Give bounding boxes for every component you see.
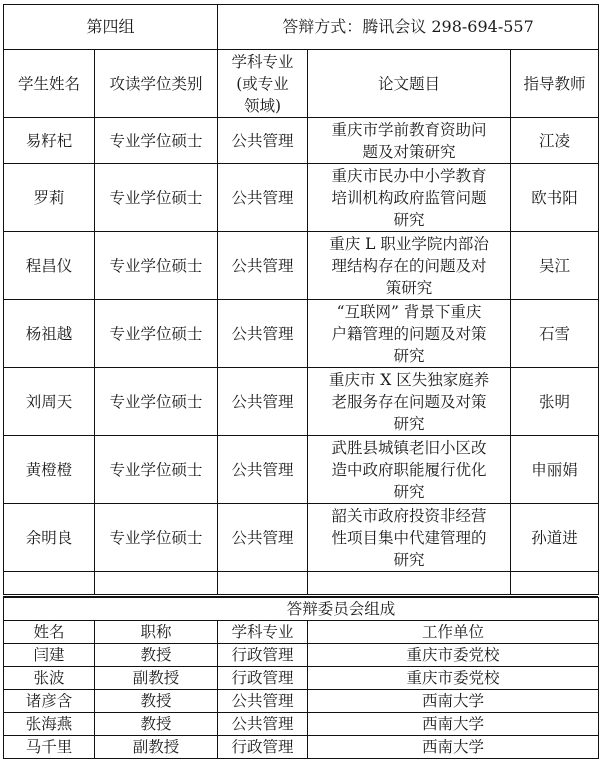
member-name: 马千里 xyxy=(4,736,95,759)
student-degree: 专业学位硕士 xyxy=(95,436,218,504)
committee-title: 答辩委员会组成 xyxy=(4,598,599,621)
student-row: 黄橙橙 专业学位硕士 公共管理 武胜县城镇老旧小区改 造中政府职能履行优化 研究… xyxy=(4,436,599,504)
member-rank: 副教授 xyxy=(95,736,218,759)
blank-cell xyxy=(95,572,218,595)
committee-header-row: 姓名 职称 学科专业 工作单位 xyxy=(4,621,599,644)
member-major: 行政管理 xyxy=(218,736,308,759)
committee-header-name: 姓名 xyxy=(4,621,95,644)
student-degree: 专业学位硕士 xyxy=(95,118,218,164)
member-unit: 重庆市委党校 xyxy=(308,644,599,667)
student-degree: 专业学位硕士 xyxy=(95,504,218,572)
blank-cell xyxy=(511,572,599,595)
thesis-title-line: 武胜县城镇老旧小区改 xyxy=(320,437,498,459)
thesis-title-line: 老服务存在问题及对策 xyxy=(320,391,498,413)
student-degree: 专业学位硕士 xyxy=(95,232,218,300)
student-name: 刘周天 xyxy=(4,368,95,436)
member-unit: 西南大学 xyxy=(308,713,599,736)
thesis-title-line: 重庆市民办中小学教育 xyxy=(320,165,498,187)
thesis-title-line: 研究 xyxy=(320,549,498,571)
thesis-title-line: 理结构存在的问题及对 xyxy=(320,255,498,277)
member-major: 行政管理 xyxy=(218,644,308,667)
blank-cell xyxy=(218,572,308,595)
committee-header-rank: 职称 xyxy=(95,621,218,644)
defense-schedule-table: 第四组 答辩方式：腾讯会议 298-694-557 学生姓名 攻读学位类别 学科… xyxy=(3,4,599,595)
thesis-title: 重庆市学前教育资助问 题及对策研究 xyxy=(308,118,511,164)
member-name: 张波 xyxy=(4,667,95,690)
thesis-title-line: 性项目集中代建管理的 xyxy=(320,527,498,549)
committee-table: 答辩委员会组成 姓名 职称 学科专业 工作单位 闫建 教授 行政管理 重庆市委党… xyxy=(3,597,599,759)
committee-title-text: 答辩委员会组成 xyxy=(287,600,396,618)
member-unit: 西南大学 xyxy=(308,690,599,713)
header-student-name: 学生姓名 xyxy=(4,50,95,118)
committee-member-row: 马千里 副教授 行政管理 西南大学 xyxy=(4,736,599,759)
committee-member-row: 诸彦含 教授 公共管理 西南大学 xyxy=(4,690,599,713)
member-name: 诸彦含 xyxy=(4,690,95,713)
thesis-title-line: 研究 xyxy=(320,209,498,231)
thesis-title: 重庆市 X 区失独家庭养 老服务存在问题及对策 研究 xyxy=(308,368,511,436)
student-row: 刘周天 专业学位硕士 公共管理 重庆市 X 区失独家庭养 老服务存在问题及对策 … xyxy=(4,368,599,436)
committee-member-row: 闫建 教授 行政管理 重庆市委党校 xyxy=(4,644,599,667)
student-row: 杨祖越 专业学位硕士 公共管理 “互联网” 背景下重庆 户籍管理的问题及对策 研… xyxy=(4,300,599,368)
student-advisor: 石雪 xyxy=(511,300,599,368)
header-degree-type: 攻读学位类别 xyxy=(95,50,218,118)
thesis-title-line: 重庆市 X 区失独家庭养 xyxy=(320,369,498,391)
blank-cell xyxy=(308,572,511,595)
thesis-title: 重庆市民办中小学教育 培训机构政府监管问题 研究 xyxy=(308,164,511,232)
member-name: 张海燕 xyxy=(4,713,95,736)
header-major: 学科专业 (或专业 领域) xyxy=(218,50,308,118)
thesis-title-line: 题及对策研究 xyxy=(320,141,498,163)
thesis-title-line: 户籍管理的问题及对策 xyxy=(320,323,498,345)
member-rank: 教授 xyxy=(95,690,218,713)
header-major-line2: (或专业 xyxy=(218,73,307,95)
committee-member-row: 张海燕 教授 公共管理 西南大学 xyxy=(4,713,599,736)
thesis-title-line: 韶关市政府投资非经营 xyxy=(320,505,498,527)
student-advisor: 孙道进 xyxy=(511,504,599,572)
thesis-title-line: “互联网” 背景下重庆 xyxy=(320,301,498,323)
member-unit: 重庆市委党校 xyxy=(308,667,599,690)
student-degree: 专业学位硕士 xyxy=(95,300,218,368)
thesis-title-line: 重庆 L 职业学院内部治 xyxy=(320,233,498,255)
member-unit: 西南大学 xyxy=(308,736,599,759)
group-title-row: 第四组 答辩方式：腾讯会议 298-694-557 xyxy=(4,5,599,50)
thesis-title-line: 造中政府职能履行优化 xyxy=(320,459,498,481)
thesis-title-line: 培训机构政府监管问题 xyxy=(320,187,498,209)
header-major-line1: 学科专业 xyxy=(218,51,307,73)
student-major: 公共管理 xyxy=(218,368,308,436)
student-name: 罗莉 xyxy=(4,164,95,232)
member-major: 公共管理 xyxy=(218,690,308,713)
student-major: 公共管理 xyxy=(218,232,308,300)
student-degree: 专业学位硕士 xyxy=(95,368,218,436)
student-advisor: 申丽娟 xyxy=(511,436,599,504)
student-name: 易籽杞 xyxy=(4,118,95,164)
committee-header-major: 学科专业 xyxy=(218,621,308,644)
column-header-row: 学生姓名 攻读学位类别 学科专业 (或专业 领域) 论文题目 指导教师 xyxy=(4,50,599,118)
committee-member-row: 张波 副教授 行政管理 重庆市委党校 xyxy=(4,667,599,690)
thesis-title-line: 研究 xyxy=(320,481,498,503)
member-major: 公共管理 xyxy=(218,713,308,736)
member-rank: 副教授 xyxy=(95,667,218,690)
student-major: 公共管理 xyxy=(218,436,308,504)
blank-row xyxy=(4,572,599,595)
member-rank: 教授 xyxy=(95,644,218,667)
thesis-title-line: 策研究 xyxy=(320,277,498,299)
student-advisor: 吴江 xyxy=(511,232,599,300)
student-name: 黄橙橙 xyxy=(4,436,95,504)
thesis-title-line: 重庆市学前教育资助问 xyxy=(320,119,498,141)
thesis-title: 韶关市政府投资非经营 性项目集中代建管理的 研究 xyxy=(308,504,511,572)
thesis-title: “互联网” 背景下重庆 户籍管理的问题及对策 研究 xyxy=(308,300,511,368)
member-rank: 教授 xyxy=(95,713,218,736)
committee-title-row: 答辩委员会组成 xyxy=(4,598,599,621)
student-row: 易籽杞 专业学位硕士 公共管理 重庆市学前教育资助问 题及对策研究 江凌 xyxy=(4,118,599,164)
student-row: 程昌仪 专业学位硕士 公共管理 重庆 L 职业学院内部治 理结构存在的问题及对 … xyxy=(4,232,599,300)
student-major: 公共管理 xyxy=(218,118,308,164)
member-major: 行政管理 xyxy=(218,667,308,690)
thesis-title: 重庆 L 职业学院内部治 理结构存在的问题及对 策研究 xyxy=(308,232,511,300)
student-name: 程昌仪 xyxy=(4,232,95,300)
student-name: 余明良 xyxy=(4,504,95,572)
student-row: 余明良 专业学位硕士 公共管理 韶关市政府投资非经营 性项目集中代建管理的 研究… xyxy=(4,504,599,572)
student-name: 杨祖越 xyxy=(4,300,95,368)
thesis-title-line: 研究 xyxy=(320,413,498,435)
student-major: 公共管理 xyxy=(218,504,308,572)
student-degree: 专业学位硕士 xyxy=(95,164,218,232)
student-advisor: 张明 xyxy=(511,368,599,436)
defense-method: 答辩方式：腾讯会议 298-694-557 xyxy=(218,5,599,50)
student-advisor: 江凌 xyxy=(511,118,599,164)
student-advisor: 欧书阳 xyxy=(511,164,599,232)
header-advisor: 指导教师 xyxy=(511,50,599,118)
member-name: 闫建 xyxy=(4,644,95,667)
student-row: 罗莉 专业学位硕士 公共管理 重庆市民办中小学教育 培训机构政府监管问题 研究 … xyxy=(4,164,599,232)
header-major-line3: 领域) xyxy=(218,95,307,117)
thesis-title: 武胜县城镇老旧小区改 造中政府职能履行优化 研究 xyxy=(308,436,511,504)
thesis-title-line: 研究 xyxy=(320,345,498,367)
student-major: 公共管理 xyxy=(218,164,308,232)
committee-header-unit: 工作单位 xyxy=(308,621,599,644)
student-major: 公共管理 xyxy=(218,300,308,368)
header-thesis-title: 论文题目 xyxy=(308,50,511,118)
group-name: 第四组 xyxy=(4,5,218,50)
blank-cell xyxy=(4,572,95,595)
